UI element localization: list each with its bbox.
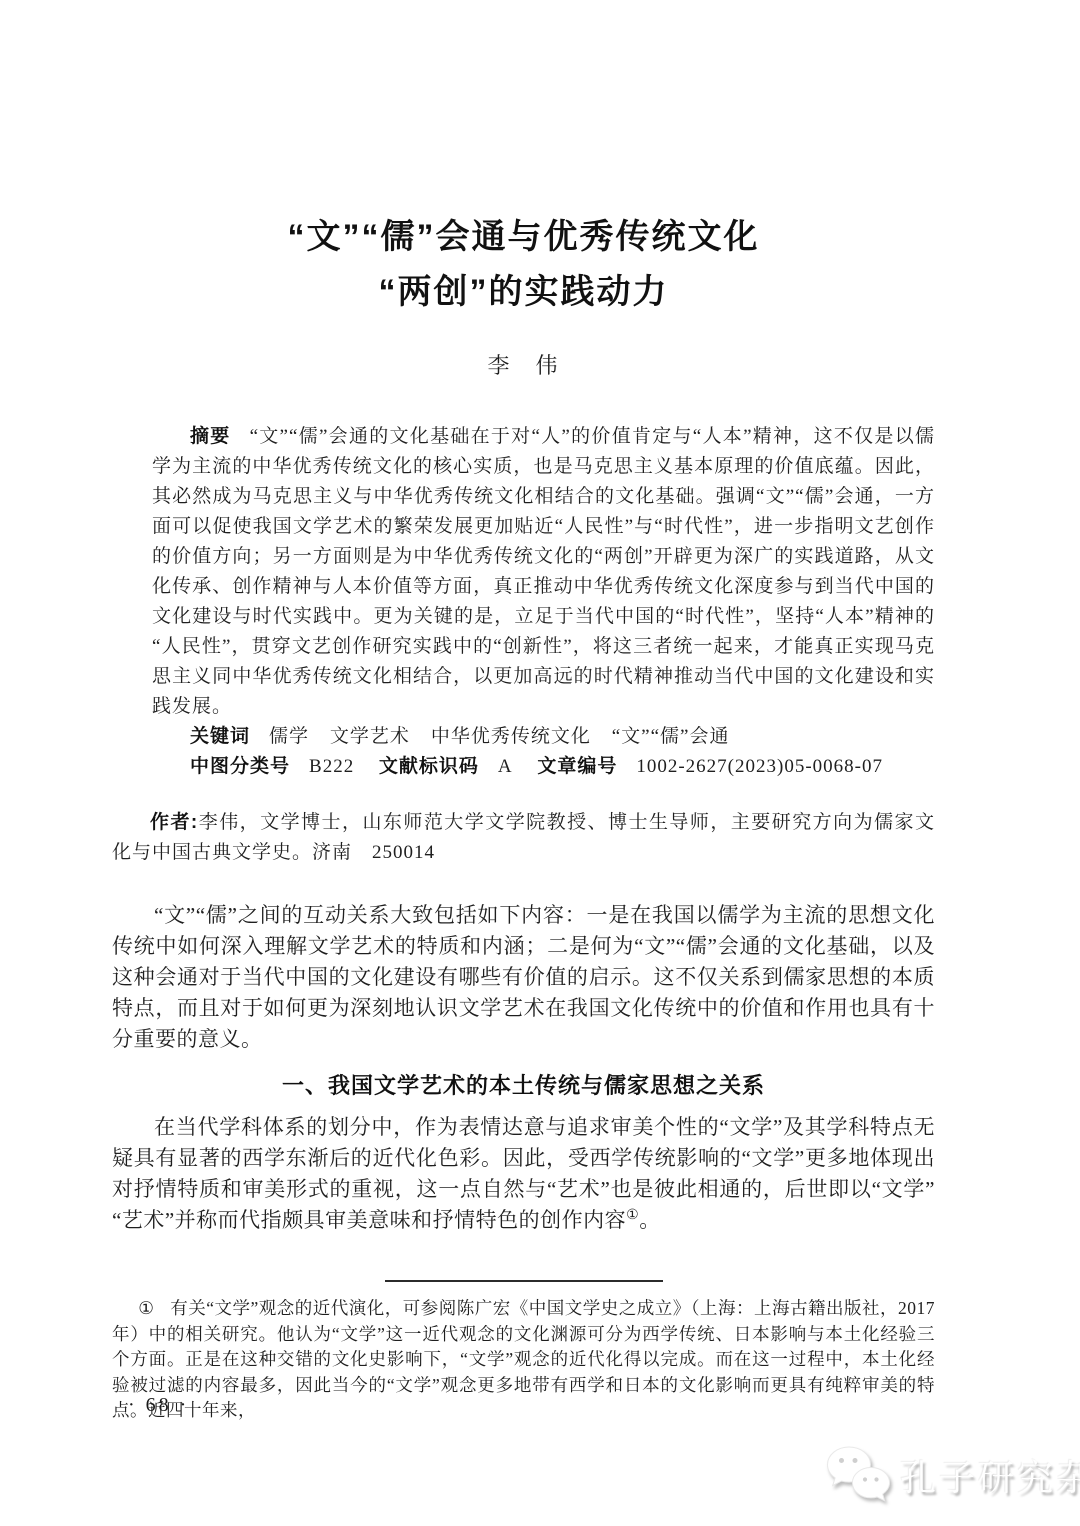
body-paragraph-2-end: 。 <box>639 1208 661 1232</box>
article-title: “文”“儒”会通与优秀传统文化 “两创”的实践动力 <box>112 210 935 320</box>
author-note-label: 作者: <box>150 812 198 833</box>
article-id-label: 文章编号 <box>537 756 617 777</box>
keyword-item: 中华优秀传统文化 <box>431 726 591 747</box>
page-number: · 68 · <box>128 1394 189 1417</box>
footnote-text: 有关“文学”观念的近代演化，可参阅陈广宏《中国文学史之成立》（上海：上海古籍出版… <box>112 1298 935 1420</box>
keywords-line: 关键词儒学文学艺术中华优秀传统文化“文”“儒”会通 <box>152 722 935 752</box>
author-note-text: 李伟，文学博士，山东师范大学文学院教授、博士生导师，主要研究方向为儒家文化与中国… <box>112 812 935 863</box>
body-paragraph-1: “文”“儒”之间的互动关系大致包括如下内容：一是在我国以儒学为主流的思想文化传统… <box>112 900 935 1055</box>
doc-code-value: A <box>498 756 513 777</box>
author-note: 作者:李伟，文学博士，山东师范大学文学院教授、博士生导师，主要研究方向为儒家文化… <box>112 808 935 868</box>
doc-code-label: 文献标识码 <box>379 756 479 777</box>
article-title-line1: “文”“儒”会通与优秀传统文化 <box>288 218 760 256</box>
body-paragraph-2: 在当代学科体系的划分中，作为表情达意与追求审美个性的“文学”及其学科特点无疑具有… <box>112 1112 935 1236</box>
keyword-item: 文学艺术 <box>330 726 410 747</box>
watermark-text: 孔子研究杂志 <box>900 1450 1080 1501</box>
abstract-paragraph: 摘要“文”“儒”会通的文化基础在于对“人”的价值肯定与“人本”精神，这不仅是以儒… <box>152 422 935 722</box>
keyword-item: 儒学 <box>269 726 309 747</box>
clc-value: B222 <box>309 756 354 777</box>
abstract-label: 摘要 <box>190 426 231 447</box>
document-page: “文”“儒”会通与优秀传统文化 “两创”的实践动力 李 伟 摘要“文”“儒”会通… <box>0 0 1080 1526</box>
section-heading-1: 一、我国文学艺术的本土传统与儒家思想之关系 <box>112 1069 935 1100</box>
footnote-marker: ① <box>138 1298 154 1318</box>
article-id-value: 1002-2627(2023)05-0068-07 <box>636 756 883 777</box>
wechat-icon <box>824 1444 890 1506</box>
article-title-line2: “两创”的实践动力 <box>379 273 669 311</box>
footnote-divider <box>385 1280 663 1282</box>
keyword-item: “文”“儒”会通 <box>612 726 730 747</box>
classification-line: 中图分类号B222文献标识码A文章编号1002-2627(2023)05-006… <box>152 752 935 782</box>
page-content: “文”“儒”会通与优秀传统文化 “两创”的实践动力 李 伟 摘要“文”“儒”会通… <box>0 210 1080 1424</box>
author-name: 李 伟 <box>112 350 935 382</box>
clc-label: 中图分类号 <box>190 756 290 777</box>
body-paragraph-2-text: 在当代学科体系的划分中，作为表情达意与追求审美个性的“文学”及其学科特点无疑具有… <box>112 1115 935 1232</box>
journal-watermark: 孔子研究杂志 <box>824 1444 1080 1506</box>
footnote-ref-marker: ① <box>626 1208 639 1223</box>
footnote: ①有关“文学”观念的近代演化，可参阅陈广宏《中国文学史之成立》（上海：上海古籍出… <box>112 1296 935 1424</box>
keywords-label: 关键词 <box>190 726 250 747</box>
abstract-text: “文”“儒”会通的文化基础在于对“人”的价值肯定与“人本”精神，这不仅是以儒学为… <box>152 426 935 717</box>
